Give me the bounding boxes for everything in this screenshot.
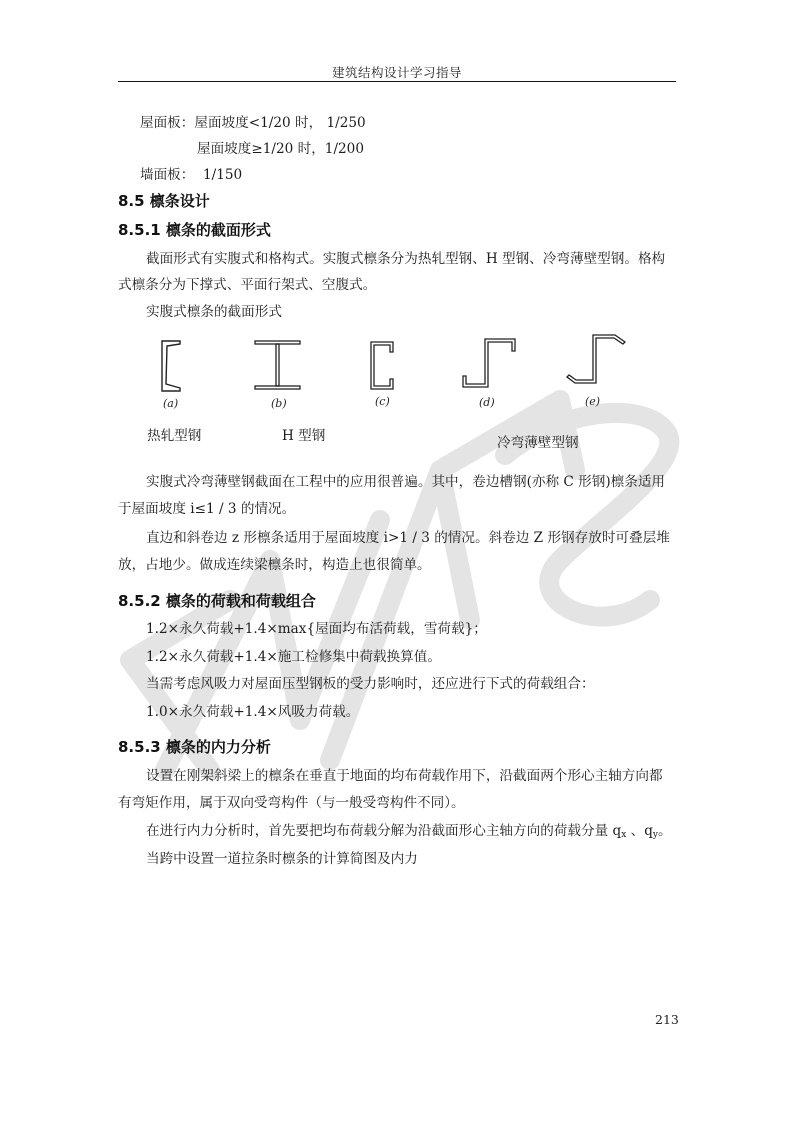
roof-slope-less: 屋面坡度<1/20 时， 1/250 [194, 115, 365, 131]
figure-label-c: (c) [375, 395, 390, 408]
paragraph-z-section-line-2: 放，占地少。做成连续梁檩条时，构造上也很简单。 [118, 556, 431, 574]
section-8-5-3-heading: 8.5.3 檩条的内力分析 [118, 737, 271, 757]
caption-hot-rolled: 热轧型钢 [147, 424, 201, 444]
page-number: 213 [655, 1012, 679, 1027]
wall-panel-line: 墙面板： 1/150 [140, 166, 242, 184]
wall-panel-value: 1/150 [203, 167, 242, 183]
decomposition-q: 、q [626, 823, 653, 839]
paragraph-load-decomposition: 在进行内力分析时，首先要把均布荷载分解为沿截面形心主轴方向的荷载分量 qx 、q… [146, 822, 672, 844]
sloped-lip-z-section-icon [565, 330, 630, 390]
decomposition-end: 。 [658, 823, 672, 839]
lipped-channel-icon [365, 336, 405, 396]
caption-h-section: H 型钢 [282, 424, 325, 444]
lipped-z-section-icon [460, 333, 520, 393]
hot-rolled-channel-icon [150, 336, 195, 396]
caption-cold-formed: 冷弯薄壁型钢 [497, 431, 579, 451]
paragraph-section-forms-line-1: 截面形式有实腹式和格构式。实腹式檩条分为热轧型钢、H 型钢、冷弯薄壁型钢。格构 [146, 250, 665, 268]
load-combination-2: 1.2×永久荷载+1.4×施工检修集中荷载换算值。 [146, 648, 441, 666]
paragraph-z-section-line-1: 直边和斜卷边 z 形檩条适用于屋面坡度 i>1 / 3 的情况。斜卷边 Z 形钢… [146, 529, 670, 547]
h-section-icon [250, 336, 310, 396]
paragraph-biaxial-line-2: 有弯矩作用，属于双向受弯构件（与一般受弯构件不同）。 [118, 794, 465, 812]
paragraph-section-forms-line-2: 式檩条分为下撑式、平面行架式、空腹式。 [118, 276, 376, 294]
document-page: 建筑结构设计学习指导 屋面板：屋面坡度<1/20 时， 1/250 屋面坡度≥1… [0, 0, 793, 1122]
paragraph-c-section-line-1: 实腹式冷弯薄壁钢截面在工程中的应用很普遍。其中，卷边槽钢(亦称 C 形钢)檩条适… [146, 473, 665, 491]
wall-panel-label: 墙面板： [140, 167, 194, 183]
roof-slope-greater: 屋面坡度≥1/20 时，1/200 [197, 140, 364, 158]
figure-intro: 实腹式檩条的截面形式 [146, 303, 282, 321]
section-8-5-heading: 8.5 檩条设计 [118, 191, 210, 211]
running-header: 建筑结构设计学习指导 [118, 63, 676, 81]
header-rule [118, 81, 676, 82]
paragraph-biaxial-line-1: 设置在刚架斜梁上的檩条在垂直于地面的均布荷载作用下，沿截面两个形心主轴方向都 [146, 767, 663, 785]
figure-label-a: (a) [163, 397, 178, 410]
section-8-5-2-heading: 8.5.2 檩条的荷载和荷载组合 [118, 591, 316, 611]
roof-panel-label: 屋面板： [140, 115, 194, 131]
load-combination-3: 1.0×永久荷载+1.4×风吸力荷载。 [146, 703, 359, 721]
paragraph-tie-rod: 当跨中设置一道拉条时檩条的计算简图及内力 [146, 850, 418, 868]
figure-label-b: (b) [271, 397, 287, 410]
paragraph-c-section-line-2: 于屋面坡度 i≤1 / 3 的情况。 [118, 500, 295, 518]
decomposition-text: 在进行内力分析时，首先要把均布荷载分解为沿截面形心主轴方向的荷载分量 q [146, 823, 621, 839]
figure-label-d: (d) [479, 396, 495, 409]
figure-label-e: (e) [585, 395, 600, 408]
load-combination-1: 1.2×永久荷载+1.4×max{屋面均布活荷载，雪荷载}； [146, 620, 487, 638]
section-8-5-1-heading: 8.5.1 檩条的截面形式 [118, 220, 271, 240]
wind-suction-note: 当需考虑风吸力对屋面压型钢板的受力影响时，还应进行下式的荷载组合： [146, 675, 595, 693]
roof-panel-line-1: 屋面板：屋面坡度<1/20 时， 1/250 [140, 114, 366, 132]
